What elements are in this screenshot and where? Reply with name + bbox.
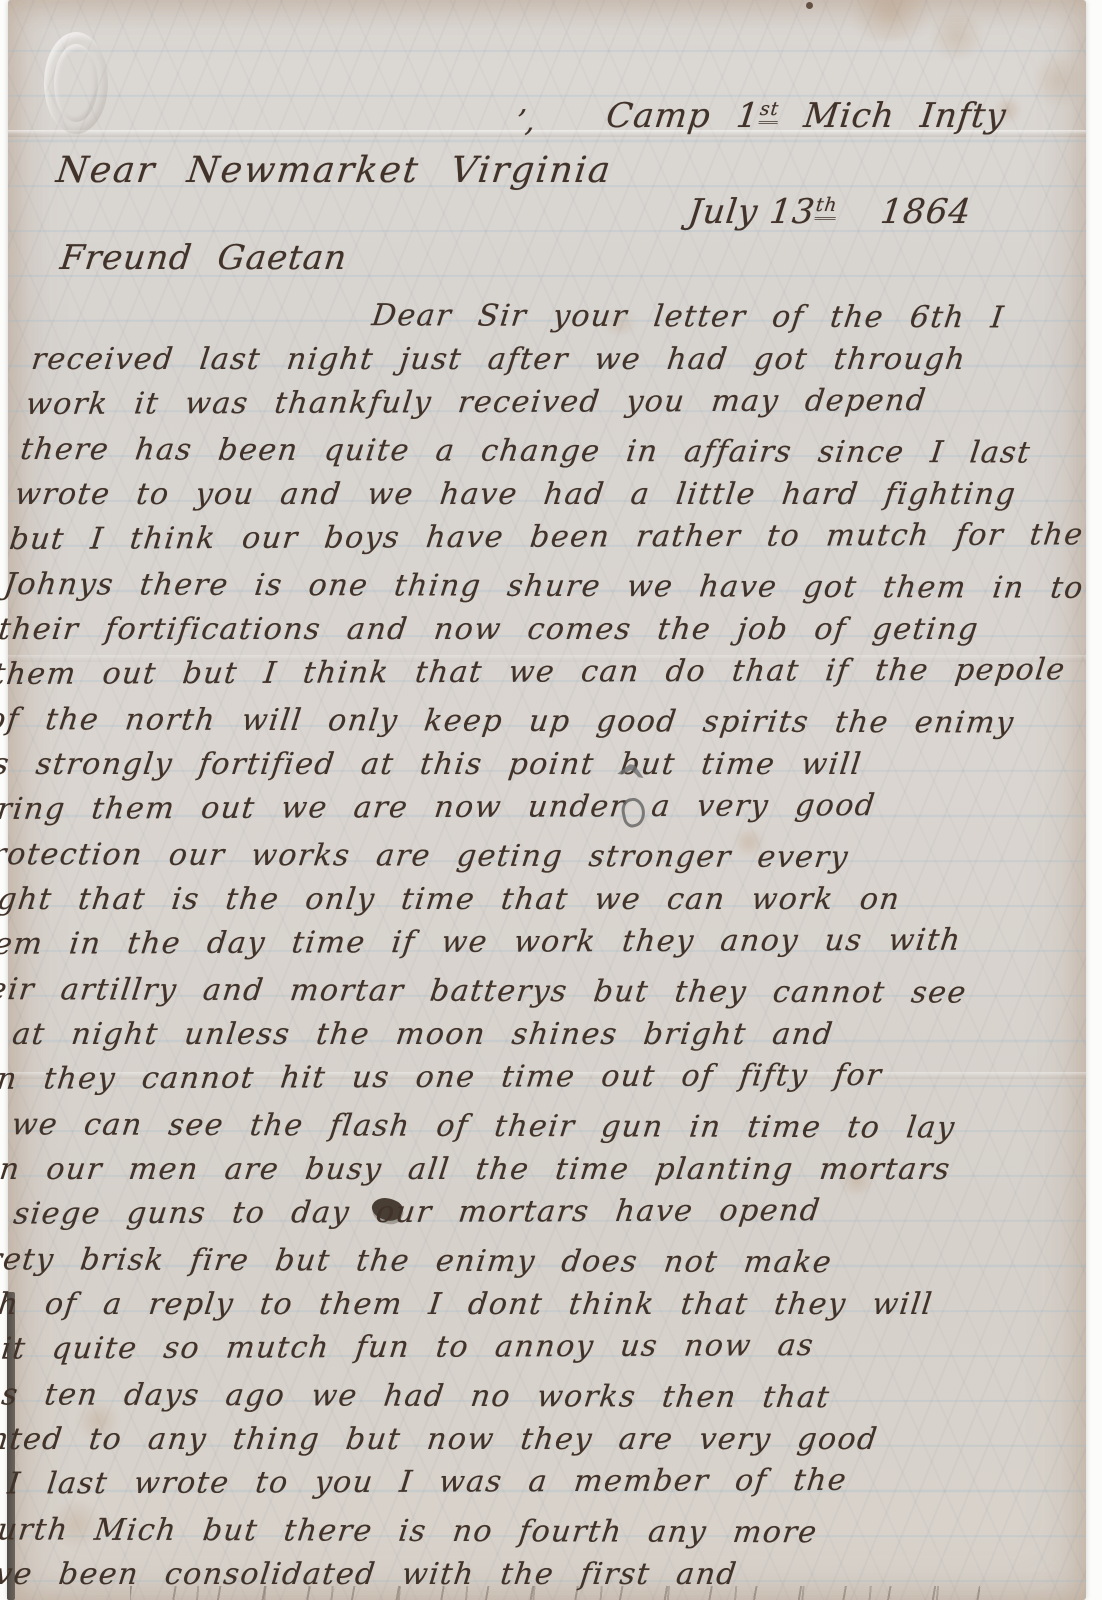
letter-scan-page: ’, Camp 1st Mich Infty Near Newmarket Vi… bbox=[0, 0, 1102, 1600]
letter-line: us at night unless the moon shines brigh… bbox=[0, 1012, 986, 1057]
letter-line: find it quite so mutch fun to annoy us n… bbox=[0, 1322, 947, 1372]
camp-text-rest: Mich Infty bbox=[776, 96, 1009, 136]
letter-body: Dear Sir your letter of the 6th I receiv… bbox=[0, 292, 1074, 1597]
date-year: 1864 bbox=[878, 192, 973, 232]
letter-line: received last night just after we had go… bbox=[29, 337, 1069, 382]
letter-line: a prety brisk fire but the enimy does no… bbox=[0, 1237, 958, 1286]
date-text: July 13 bbox=[686, 192, 818, 232]
letter-line: and siege guns to day our mortars have o… bbox=[0, 1187, 964, 1237]
letter-line: night that is the only time that we can … bbox=[0, 877, 1002, 922]
letter-line: for we can see the flash of their gun in… bbox=[0, 1102, 974, 1151]
clipped-line-fragment bbox=[130, 1586, 980, 1600]
letter-line: bring them out we are now under a very g… bbox=[0, 782, 1014, 832]
letter-line: of the north will only keep up good spir… bbox=[0, 697, 1024, 746]
letter-line: but I think our boys have been rather to… bbox=[7, 512, 1047, 562]
letter-line: protection our works are geting stronger… bbox=[0, 832, 1007, 881]
stain-spot bbox=[925, 14, 989, 58]
letter-line: their artillry and mortar batterys but t… bbox=[0, 967, 991, 1016]
salutation-line: Freund Gaetan bbox=[58, 238, 350, 278]
letter-line: Dear Sir your letter of the 6th I bbox=[34, 292, 1073, 341]
letter-line: is strongly fortified at this point but … bbox=[0, 742, 1019, 787]
heading-camp-line: Camp 1st Mich Infty bbox=[604, 96, 1009, 136]
ink-speck bbox=[806, 2, 813, 9]
letter-line: Johnys there is one thing shure we have … bbox=[1, 562, 1040, 611]
date-ordinal-superscript: th bbox=[814, 195, 839, 220]
letter-line: work it was thankfuly received you may d… bbox=[24, 377, 1064, 427]
embossed-stationer-stamp bbox=[44, 32, 108, 134]
letter-line: when I last wrote to you I was a member … bbox=[0, 1457, 931, 1507]
letter-line: them out but I think that we can do that… bbox=[0, 647, 1030, 697]
camp-text: Camp 1 bbox=[604, 96, 762, 136]
heading-date-line: July 13th1864 bbox=[686, 192, 974, 232]
letter-line: their fortifications and now comes the j… bbox=[0, 607, 1035, 652]
heading-place-line: Near Newmarket Virginia bbox=[54, 150, 614, 191]
letter-line: it was ten days ago we had no works then… bbox=[0, 1372, 941, 1421]
letter-line: old fourth Mich but there is no fourth a… bbox=[0, 1507, 924, 1556]
letter-line: them in the day time if we work they ano… bbox=[0, 917, 997, 967]
letter-line: down our men are busy all the time plant… bbox=[0, 1147, 969, 1192]
letter-line: then they cannot hit us one time out of … bbox=[0, 1052, 981, 1102]
letter-line: wrote to you and we have had a little ha… bbox=[12, 472, 1052, 517]
letter-line: there has been quite a change in affairs… bbox=[18, 427, 1057, 476]
letter-line: amounted to any thing but now they are v… bbox=[0, 1417, 936, 1462]
letter-line: mutch of a reply to them I dont think th… bbox=[0, 1282, 952, 1327]
stain-spot bbox=[1036, 48, 1080, 114]
